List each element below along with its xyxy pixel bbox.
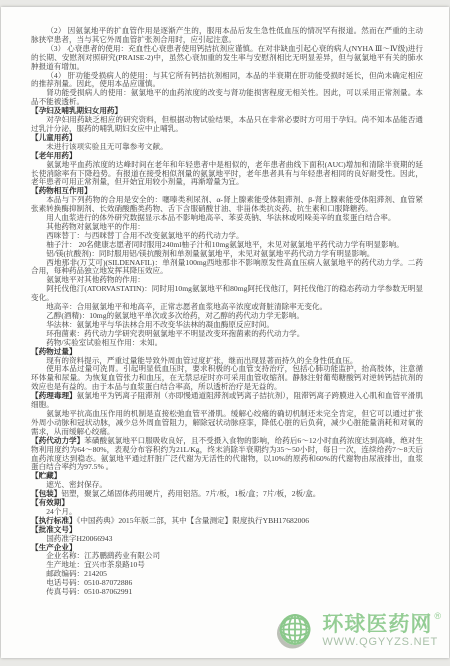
screenshot-root: { "page": { "kind": "drug-package-insert… xyxy=(0,0,450,666)
paragraph: 未进行该项实验且无可靠参考文献。 xyxy=(31,143,423,152)
paragraph: 氨氯地平血药浓度的达峰时间在老年和年轻患者中是相似的，老年患者曲线下面积(AUC… xyxy=(31,161,423,188)
paragraph: 对孕妇用药缺乏相应的研究资料，但根据动物试验结果，本品只在非常必要时方可用于孕妇… xyxy=(31,116,423,134)
document-page: （2） 因氨氯地平的扩血管作用是逐渐产生的，服用本品后发生急性低血压的情况罕有报… xyxy=(1,7,449,658)
paragraph-text: 《中国药典》2015年版二部，其中【含量测定】限度执行YBH17682006 xyxy=(77,516,309,525)
paragraph: 氨氯地平抗高血压作用的机制是直接松弛血管平滑肌。缓解心绞痛的确切机制还未完全肯定… xyxy=(31,410,423,437)
document-body: （2） 因氨氯地平的扩血管作用是逐渐产生的，服用本品后发生急性低血压的情况罕有报… xyxy=(1,7,449,597)
paragraph: （4） 肝功能受损病人的使用：与其它所有钙拮抗剂相同，本品的半衰期在肝功能受损时… xyxy=(31,72,423,90)
section-paragraph: 【药代动力学】苯磺酸氨氯地平口服吸收良好，且不受摄入食物的影响，给药后6～12小… xyxy=(31,437,423,473)
paragraph: 使用本品过量可洗胃。引起明显低血压时，要求积极的心血管支持治疗，包括心肺功能监护… xyxy=(31,365,423,392)
paragraph: 肾功能受损病人的使用：氨氯地平的血药浓度的改变与肾功能损害程度无相关性。因此，可… xyxy=(31,89,423,107)
globe-grid-icon xyxy=(273,609,317,653)
paragraph: 西地那非(万艾可)(SILDENAFIL)：单剂量100mg西地那非不影响原发性… xyxy=(31,259,423,277)
paragraph: 药物/实验室试验相互作用：未知。 xyxy=(31,339,423,348)
section-paragraph: 【包装】铝塑，聚氯乙烯固体药用硬片，药用铝箔。7片/板，1板/盒；7片/板，2板… xyxy=(31,490,423,499)
paragraph: 传真号码：0510-87062991 xyxy=(31,588,423,597)
section-heading-inline: 【药代动力学】 xyxy=(31,436,84,445)
paragraph: 本品与下列药物的合用是安全的：噻嗪类利尿剂、α-肾上腺素能受体阻滞剂、β-肾上腺… xyxy=(31,196,423,214)
site-watermark: 环球医药网 ® WWW.QGYYZS.NET xyxy=(273,609,441,653)
paragraph-text: 铝塑，聚氯乙烯固体药用硬片，药用铝箔。7片/板，1板/盒；7片/板，2板/盒。 xyxy=(61,489,320,498)
watermark-url: WWW.QGYYZS.NET xyxy=(322,637,441,648)
section-paragraph: 【药理毒理】氨氯地平为钙离子阻滞剂（亦即慢通道阻滞剂或钙离子拮抗剂），阻滞钙离子… xyxy=(31,392,423,410)
paragraph: （2） 因氨氯地平的扩血管作用是逐渐产生的，服用本品后发生急性低血压的情况罕有报… xyxy=(31,27,423,45)
paragraph-text: 苯磺酸氨氯地平口服吸收良好，且不受摄入食物的影响，给药后6～12小时血药浓度达到… xyxy=(31,436,423,472)
section-heading: 【有效期】 xyxy=(31,499,423,508)
paragraph: 阿托伐他汀(ATORVASTATIN)：同时用10mg氨氯地平和80mg阿托伐他… xyxy=(31,285,423,303)
watermark-text: 环球医药网 ® WWW.QGYYZS.NET xyxy=(322,614,441,648)
section-heading-inline: 【执行标准】 xyxy=(31,516,77,525)
section-heading-inline: 【包装】 xyxy=(31,489,61,498)
paragraph: 国药准字H20066943 xyxy=(31,535,423,544)
registered-mark-icon: ® xyxy=(434,612,441,621)
section-paragraph: 【执行标准】《中国药典》2015年版二部，其中【含量测定】限度执行YBH1768… xyxy=(31,517,423,526)
watermark-brand: 环球医药网 xyxy=(322,614,432,635)
section-heading-inline: 【药理毒理】 xyxy=(31,391,77,400)
paragraph: （3） 心衰患者的使用：充血性心衰患者使用钙拮抗剂应谨慎。在对非缺血引起心衰的病… xyxy=(31,45,423,72)
paragraph-text: 氨氯地平为钙离子阻滞剂（亦即慢通道阻滞剂或钙离子拮抗剂），阻滞钙离子跨膜进入心肌… xyxy=(31,391,423,409)
